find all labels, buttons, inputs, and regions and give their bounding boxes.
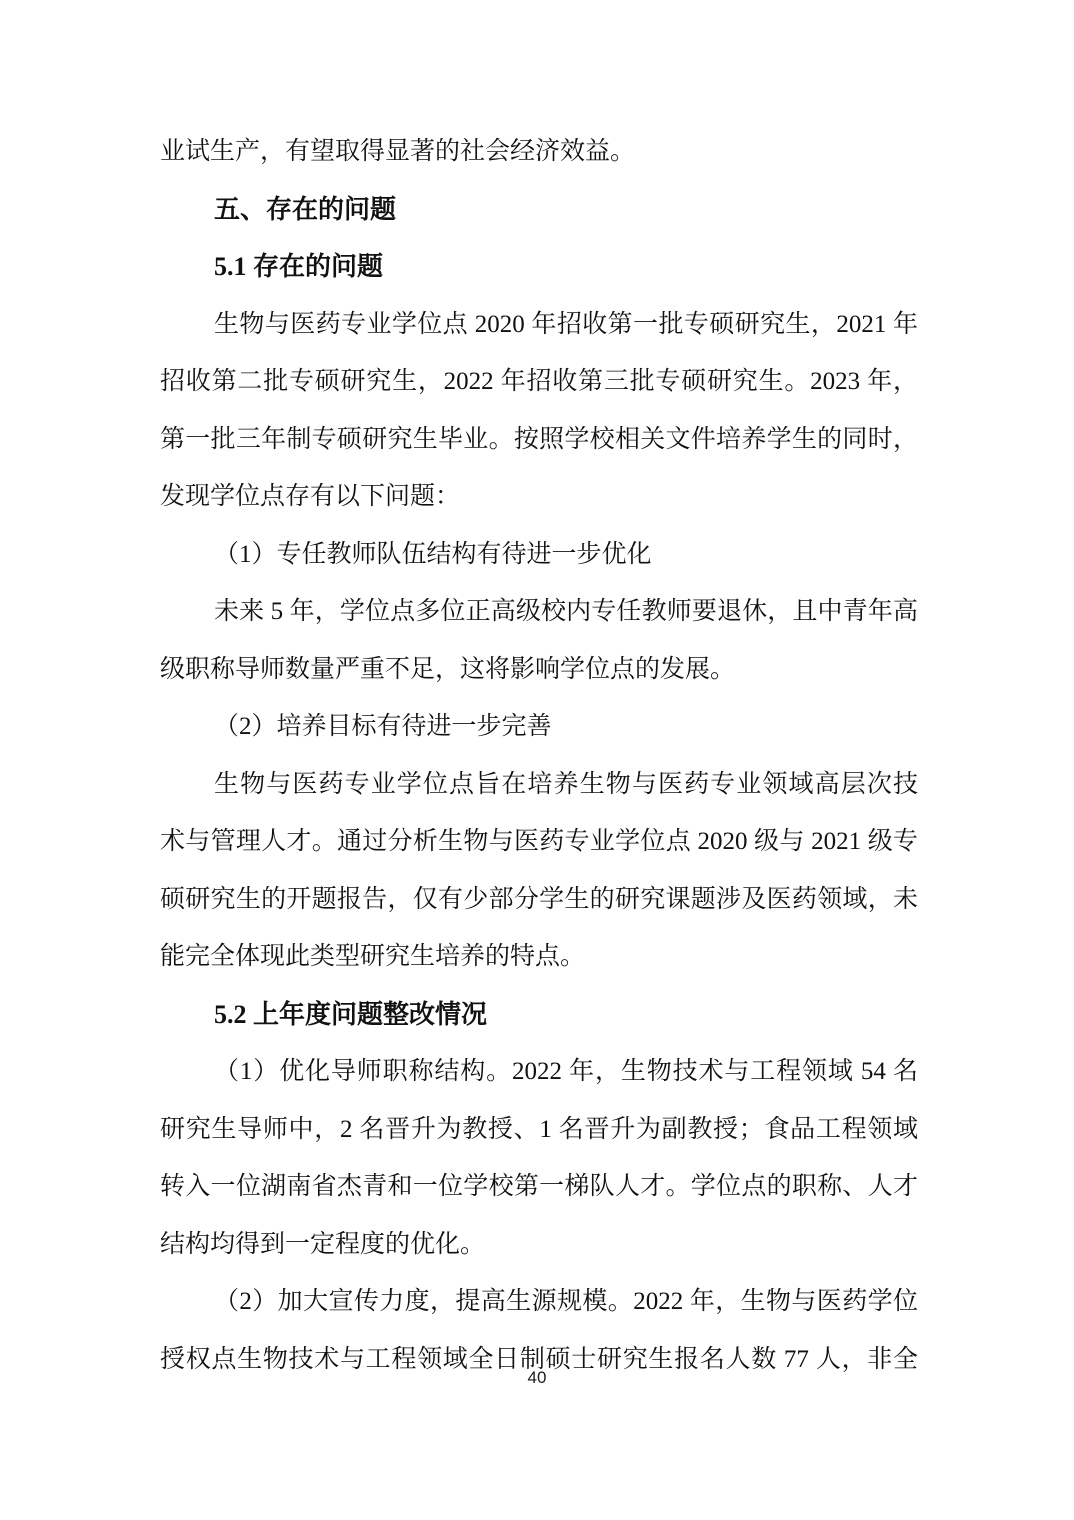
body-text-line: 生物与医药专业学位点旨在培养生物与医药专业领域高层次技	[160, 756, 918, 814]
section-heading-line: 5.1 存在的问题	[160, 238, 918, 296]
body-text-line: 未来 5 年，学位点多位正高级校内专任教师要退休，且中青年高	[160, 583, 918, 641]
body-text-line: 术与管理人才。通过分析生物与医药专业学位点 2020 级与 2021 级专	[160, 813, 918, 871]
document-page: 业试生产，有望取得显著的社会经济效益。五、存在的问题5.1 存在的问题生物与医药…	[0, 0, 1074, 1520]
body-text-line: 级职称导师数量严重不足，这将影响学位点的发展。	[160, 641, 918, 699]
section-heading-line: 五、存在的问题	[160, 181, 918, 239]
body-text-line: 第一批三年制专硕研究生毕业。按照学校相关文件培养学生的同时，	[160, 411, 918, 469]
body-text-line: 研究生导师中，2 名晋升为教授、1 名晋升为副教授；食品工程领域	[160, 1101, 918, 1159]
body-text-line: 转入一位湖南省杰青和一位学校第一梯队人才。学位点的职称、人才	[160, 1158, 918, 1216]
body-text-line: （1）专任教师队伍结构有待进一步优化	[160, 526, 918, 584]
body-text-line: 能完全体现此类型研究生培养的特点。	[160, 928, 918, 986]
body-text-line: 业试生产，有望取得显著的社会经济效益。	[160, 123, 918, 181]
document-body: 业试生产，有望取得显著的社会经济效益。五、存在的问题5.1 存在的问题生物与医药…	[160, 123, 918, 1388]
body-text-line: （2）培养目标有待进一步完善	[160, 698, 918, 756]
body-text-line: 招收第二批专硕研究生，2022 年招收第三批专硕研究生。2023 年，	[160, 353, 918, 411]
body-text-line: 生物与医药专业学位点 2020 年招收第一批专硕研究生，2021 年	[160, 296, 918, 354]
section-heading-line: 5.2 上年度问题整改情况	[160, 986, 918, 1044]
body-text-line: 结构均得到一定程度的优化。	[160, 1216, 918, 1274]
body-text-line: 发现学位点存有以下问题：	[160, 468, 918, 526]
page-number: 40	[0, 1368, 1074, 1388]
body-text-line: 硕研究生的开题报告，仅有少部分学生的研究课题涉及医药领域，未	[160, 871, 918, 929]
body-text-line: （1）优化导师职称结构。2022 年，生物技术与工程领域 54 名	[160, 1043, 918, 1101]
body-text-line: （2）加大宣传力度，提高生源规模。2022 年，生物与医药学位	[160, 1273, 918, 1331]
